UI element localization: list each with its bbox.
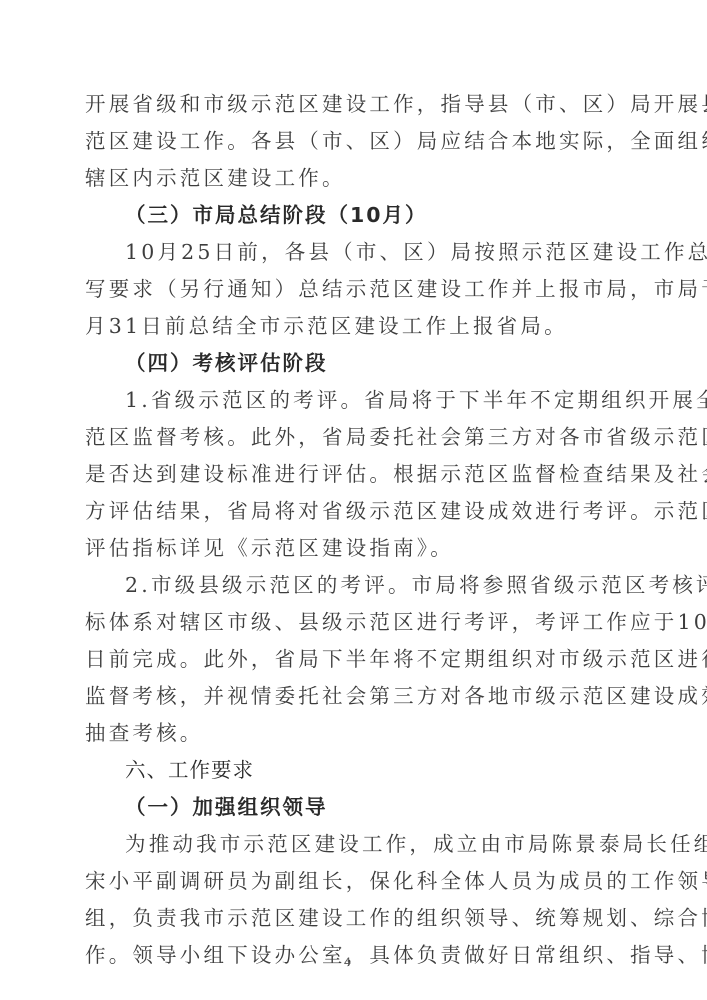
body-line: 评估指标详见《示范区建设指南》。 [85,536,625,560]
body-line: 抽查考核。 [85,721,625,745]
paragraph-start-line: 1.省级示范区的考评。省局将于下半年不定期组织开展全省示 [125,388,625,412]
subsection-heading: （四）考核评估阶段 [125,351,625,375]
body-line: 组，负责我市示范区建设工作的组织领导、统筹规划、综合协调工 [85,906,625,930]
body-line: 日前完成。此外，省局下半年将不定期组织对市级示范区进行随机 [85,647,625,671]
page-number: 4 [344,955,351,969]
paragraph-start-line: 为推动我市示范区建设工作，成立由市局陈景泰局长任组长， [125,832,625,856]
body-line: 监督考核，并视情委托社会第三方对各地市级示范区建设成效进行 [85,684,625,708]
body-line: 辖区内示范区建设工作。 [85,166,625,190]
body-line: 标体系对辖区市级、县级示范区进行考评，考评工作应于10月25 [85,610,625,634]
body-line: 范区建设工作。各县（市、区）局应结合本地实际，全面组织开展 [85,129,625,153]
body-line: 作。领导小组下设办公室，具体负责做好日常组织、指导、协调、 [85,943,625,967]
body-line: 宋小平副调研员为副组长，保化科全体人员为成员的工作领导小 [85,869,625,893]
paragraph-start-line: 10月25日前，各县（市、区）局按照示范区建设工作总结编 [125,240,625,264]
body-line: 方评估结果，省局将对省级示范区建设成效进行考评。示范区考核 [85,499,625,523]
section-heading: 六、工作要求 [125,758,625,782]
subsection-heading: （三）市局总结阶段（10月） [125,203,625,227]
document-page: 开展省级和市级示范区建设工作，指导县（市、区）局开展县级示 范区建设工作。各县（… [0,0,707,1000]
subsection-heading: （一）加强组织领导 [125,795,625,819]
body-line: 写要求（另行通知）总结示范区建设工作并上报市局，市局于10 [85,277,625,301]
body-line: 开展省级和市级示范区建设工作，指导县（市、区）局开展县级示 [85,92,625,116]
body-line: 月31日前总结全市示范区建设工作上报省局。 [85,314,625,338]
paragraph-start-line: 2.市级县级示范区的考评。市局将参照省级示范区考核评估指 [125,573,625,597]
body-line: 是否达到建设标准进行评估。根据示范区监督检查结果及社会第三 [85,462,625,486]
body-line: 范区监督考核。此外，省局委托社会第三方对各市省级示范区工作 [85,425,625,449]
